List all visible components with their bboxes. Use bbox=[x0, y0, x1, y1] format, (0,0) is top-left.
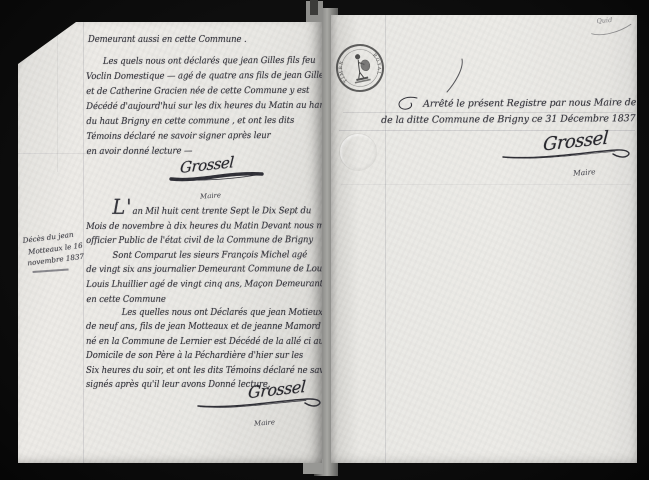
manuscript-line: de neuf ans, fils de jean Motteaux et de… bbox=[86, 320, 313, 334]
official-stamp-icon: TIMBRE ROYAL bbox=[331, 37, 391, 99]
signature-role: Maire bbox=[573, 167, 596, 178]
signature-grossel: Grossel bbox=[180, 153, 235, 177]
manuscript-line: et de Catherine Gracien née de cette Com… bbox=[86, 84, 312, 100]
pen-stroke bbox=[443, 57, 467, 95]
manuscript-line: de vingt six ans journalier Demeurant Co… bbox=[86, 263, 312, 278]
signature-grossel: Grossel bbox=[247, 377, 306, 402]
act-paragraph-2: L'an Mil huit cent trente Sept le Dix Se… bbox=[86, 201, 312, 307]
manuscript-line: du haut Brigny en cette commune , et ont… bbox=[86, 114, 312, 130]
manuscript-line: Six heures du soir, et ont les dits Témo… bbox=[86, 364, 313, 378]
signature-block-closing: Grossel Maire bbox=[501, 131, 637, 179]
official-stamp: TIMBRE ROYAL bbox=[331, 37, 391, 99]
manuscript-line: Louis Lhuillier agé de vingt cinq ans, M… bbox=[86, 277, 312, 292]
manuscript-line: Mois de novembre à dix heures du Matin D… bbox=[86, 219, 312, 234]
manuscript-line: né en la Commune de Lernier est Décédé d… bbox=[86, 335, 313, 349]
corner-annotation: Quid bbox=[588, 15, 634, 38]
manuscript-line: L'an Mil huit cent trente Sept le Dix Se… bbox=[86, 201, 312, 219]
signature-role: Maire bbox=[254, 418, 276, 427]
manuscript-line: officier Public de l'état civil de la Co… bbox=[86, 233, 312, 248]
binding-tab-top-notch bbox=[310, 0, 318, 15]
act-paragraph-1: Les quels nous ont déclarés que jean Gil… bbox=[86, 54, 312, 160]
page-crease bbox=[57, 22, 59, 172]
manuscript-line: Témoins déclaré ne savoir signer après l… bbox=[86, 129, 312, 145]
manuscript-line: Domicile de son Père à la Péchardière d'… bbox=[86, 349, 313, 363]
signature-block-act1: Grossel Maire bbox=[168, 155, 266, 202]
document-scan: Demeurant aussi en cette Commune . Les q… bbox=[0, 0, 649, 480]
signature-role: Maire bbox=[200, 191, 222, 200]
corner-annotation-flourish bbox=[589, 22, 634, 38]
ruled-line bbox=[341, 184, 631, 185]
manuscript-line: Décédé d'aujourd'hui sur les dix heures … bbox=[86, 99, 312, 115]
stamp-figure bbox=[349, 52, 373, 83]
manuscript-line: de la ditte Commune de Brigny ce 31 Déce… bbox=[381, 111, 627, 128]
manuscript-line: en cette Commune bbox=[86, 292, 312, 307]
continuation-text: Demeurant aussi en cette Commune . bbox=[88, 33, 257, 48]
manuscript-line: Sont Comparut les sieurs François Michel… bbox=[86, 248, 312, 263]
closing-statement: Arrêté le présent Registre par nous Mair… bbox=[381, 95, 627, 128]
embossed-seal bbox=[339, 133, 377, 171]
right-page: TIMBRE ROYAL Quid Arrêté le présent Regi… bbox=[331, 15, 637, 463]
manuscript-line: Voclin Domestique — agé de quatre ans fi… bbox=[86, 69, 312, 85]
manuscript-line: Arrêté le présent Registre par nous Mair… bbox=[381, 95, 627, 112]
left-page: Demeurant aussi en cette Commune . Les q… bbox=[18, 22, 322, 463]
signature-block-act3: Grossel Maire bbox=[196, 380, 322, 429]
margin-note: Décès du jean Motteaux le 16 novembre 18… bbox=[22, 227, 90, 274]
manuscript-line: Les quelles nous ont Déclarés que jean M… bbox=[86, 306, 313, 320]
manuscript-line: Demeurant aussi en cette Commune . bbox=[88, 33, 247, 48]
manuscript-line: Les quels nous ont déclarés que jean Gil… bbox=[86, 54, 312, 70]
margin-note-underline bbox=[32, 268, 68, 272]
